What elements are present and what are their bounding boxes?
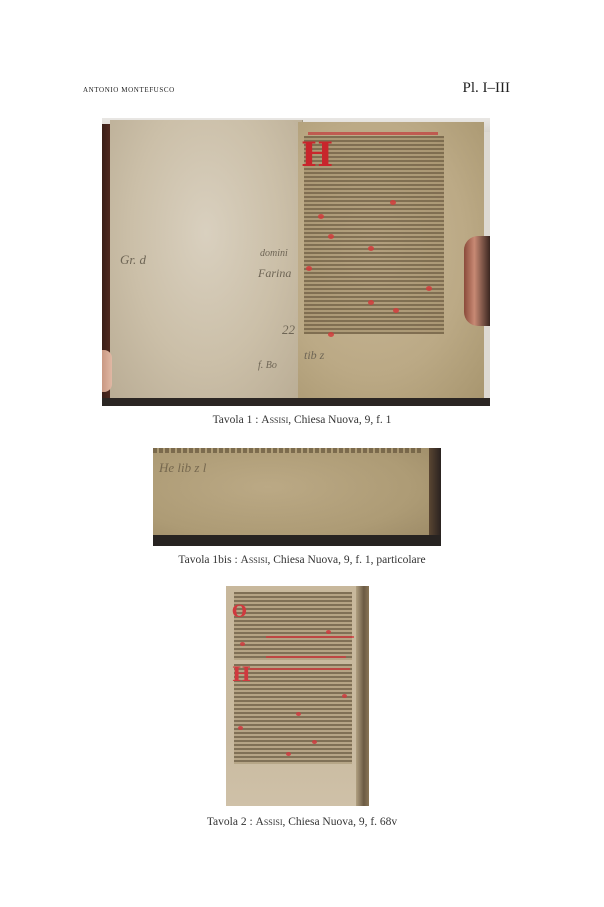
- inscription: He lib z l: [159, 460, 206, 476]
- rubric-mark: [306, 266, 312, 271]
- text-block: [234, 592, 352, 660]
- plate-caption-tavola-1bis: Tavola 1bis : Assisi, Chiesa Nuova, 9, f…: [0, 554, 604, 566]
- manuscript-page-left: Gr. d domini Farina 22 f. Bo: [110, 120, 303, 402]
- rubric-mark: [296, 712, 301, 716]
- plate-image-tavola-2: O H: [226, 586, 369, 806]
- rubric-line: [250, 668, 350, 670]
- rubric-mark: [318, 214, 324, 219]
- book-edge: [153, 535, 441, 546]
- rubric-mark: [240, 642, 245, 646]
- thumb: [464, 236, 490, 326]
- marginal-note: f. Bo: [258, 360, 277, 371]
- rubric-mark: [238, 726, 243, 730]
- rubric-mark: [368, 300, 374, 305]
- bottom-inscription: tib z: [304, 348, 324, 363]
- plate-caption-tavola-1: Tavola 1 : Assisi, Chiesa Nuova, 9, f. 1: [0, 414, 604, 426]
- red-initial: H: [232, 662, 251, 686]
- book-edge: [429, 448, 441, 546]
- rubric-mark: [328, 332, 334, 337]
- book-spine: [356, 586, 369, 806]
- marginal-note: 22: [282, 322, 295, 338]
- rubric-mark: [286, 752, 291, 756]
- rubric-line: [266, 656, 346, 658]
- rubric-mark: [328, 234, 334, 239]
- rubric-mark: [393, 308, 399, 313]
- rubric-mark: [312, 740, 317, 744]
- rubric-mark: [368, 246, 374, 251]
- rubric-line: [266, 636, 354, 638]
- rubric-mark: [342, 694, 347, 698]
- thumb: [102, 350, 112, 392]
- rubric-mark: [390, 200, 396, 205]
- red-initial: O: [232, 602, 247, 622]
- rubric-mark: [426, 286, 432, 291]
- book-edge: [102, 398, 490, 406]
- marginal-note: domini: [260, 248, 288, 259]
- running-head-plate-range: Pl. I–III: [463, 80, 511, 97]
- plate-caption-tavola-2: Tavola 2 : Assisi, Chiesa Nuova, 9, f. 6…: [0, 816, 604, 828]
- running-head-author: Antonio Montefusco: [83, 85, 175, 95]
- plate-image-tavola-1: Gr. d domini Farina 22 f. Bo H tib z: [102, 118, 490, 406]
- plate-image-tavola-1bis: He lib z l: [153, 448, 441, 546]
- text-block: [234, 664, 352, 764]
- rubric-mark: [326, 630, 331, 634]
- text-fragment: [153, 448, 423, 453]
- marginal-note: Farina: [258, 266, 291, 281]
- manuscript-page-right: H tib z: [298, 122, 484, 398]
- marginal-note: Gr. d: [120, 252, 146, 268]
- red-initial: H: [301, 140, 327, 170]
